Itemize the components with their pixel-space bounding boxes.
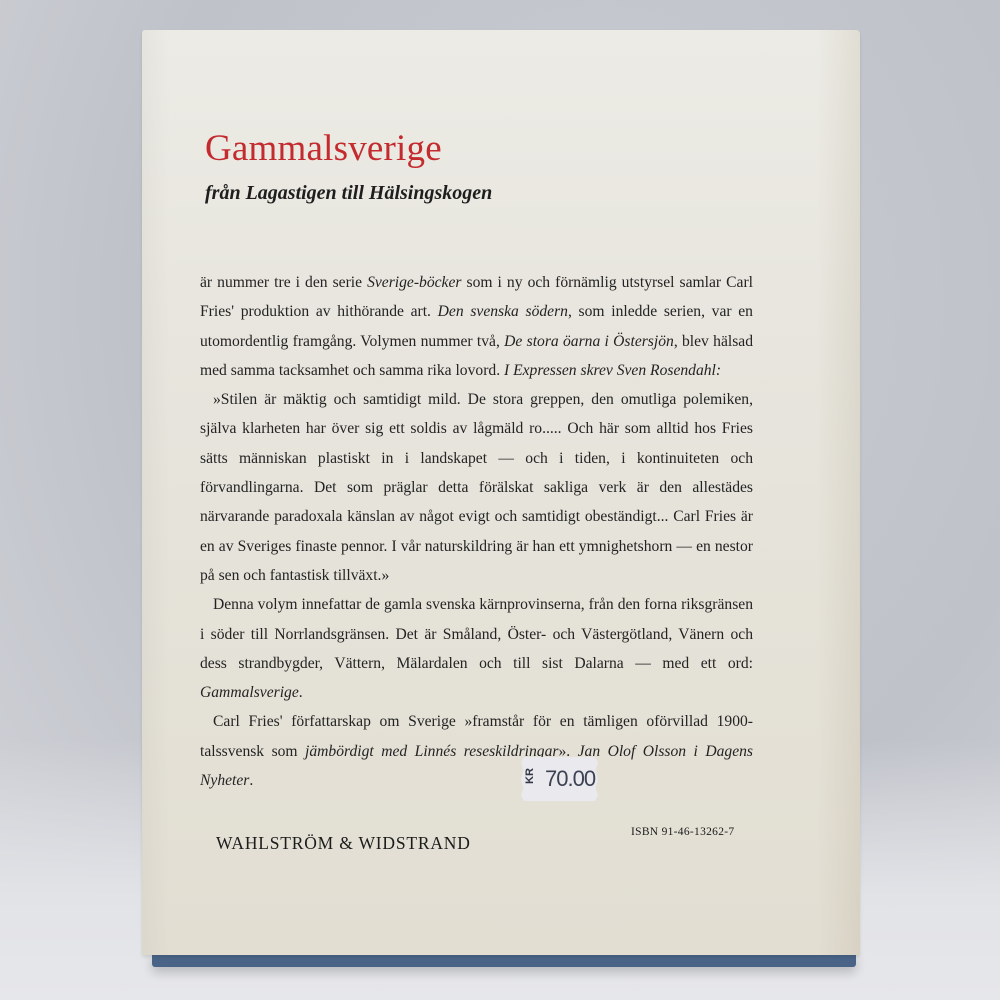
blurb-paragraph-contents: Denna volym innefattar de gamla svenska …	[200, 590, 753, 707]
price-currency: KR	[524, 768, 536, 784]
blurb-paragraph-quote: »Stilen är mäktig och samtidigt mild. De…	[200, 385, 753, 590]
book-title: Gammalsverige	[205, 127, 442, 170]
blurb-paragraph-intro: är nummer tre i den serie Sverige-böcker…	[200, 268, 753, 385]
isbn-number: ISBN 91-46-13262-7	[631, 826, 734, 838]
blurb-text: är nummer tre i den serie Sverige-böcker…	[200, 268, 753, 795]
dust-jacket: Gammalsverige från Lagastigen till Hälsi…	[142, 30, 860, 955]
book-back-cover: Gammalsverige från Lagastigen till Hälsi…	[142, 30, 860, 955]
price-sticker: KR 70.00	[521, 757, 598, 801]
book-subtitle: från Lagastigen till Hälsingskogen	[205, 182, 492, 205]
price-value: 70.00	[545, 766, 595, 792]
publisher-name: WAHLSTRÖM & WIDSTRAND	[216, 833, 471, 854]
blurb-paragraph-review: Carl Fries' författarskap om Sverige »fr…	[200, 707, 753, 795]
